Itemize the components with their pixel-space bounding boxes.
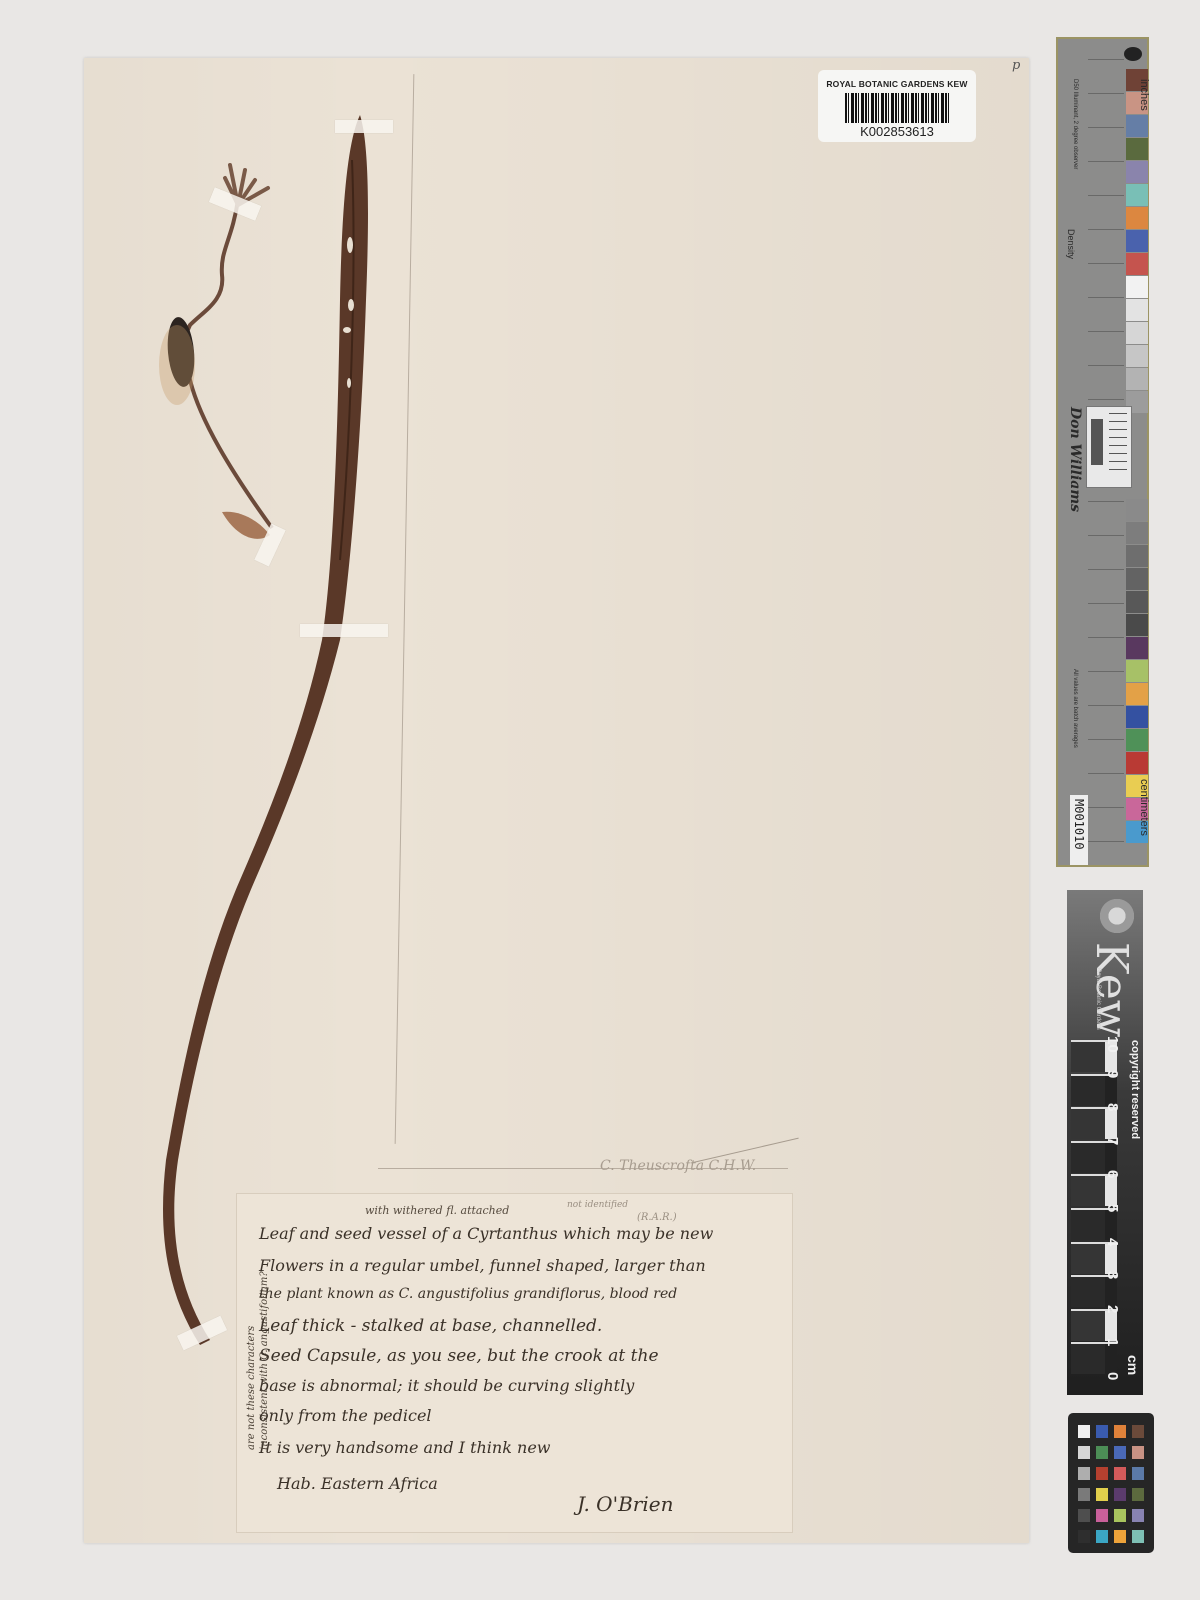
note-line: Hab. Eastern Africa [277, 1474, 438, 1493]
ruler-tick-label: 4 [1104, 1238, 1121, 1246]
note-line: Seed Capsule, as you see, but the crook … [259, 1346, 659, 1366]
ruler-mark [1105, 1344, 1117, 1374]
checker-patch [1114, 1509, 1126, 1522]
checker-patch [1132, 1425, 1144, 1438]
ruler-tick-label: 0 [1104, 1372, 1121, 1380]
checker-patch [1078, 1467, 1090, 1480]
color-swatch [1126, 207, 1148, 229]
mounting-tape [300, 624, 388, 637]
color-swatch [1126, 161, 1148, 183]
color-calibration-bar: D50 Illuminant, 2 degree observer Densit… [1056, 37, 1149, 867]
ruler-mark [1105, 1176, 1117, 1206]
ruler-tick-label: 5 [1104, 1204, 1121, 1212]
ruler-tick-label: 8 [1104, 1103, 1121, 1111]
id-tag: M001010 [1070, 795, 1088, 865]
target-ticks [1109, 413, 1127, 473]
kew-scale-bar: Kew Royal Botanic Gardens copyright rese… [1067, 890, 1143, 1395]
color-swatch [1126, 683, 1148, 705]
field-note-label: with withered fl. attached not identifie… [236, 1193, 793, 1533]
ruler-mark [1105, 1244, 1117, 1274]
color-swatch [1126, 660, 1148, 682]
checker-patch [1132, 1446, 1144, 1459]
note-line: Leaf thick - stalked at base, channelled… [259, 1316, 602, 1336]
checker-patch [1078, 1446, 1090, 1459]
color-swatch [1126, 276, 1148, 298]
checker-patch [1114, 1425, 1126, 1438]
note-line: only from the pedicel [259, 1406, 432, 1425]
color-swatch [1126, 752, 1148, 774]
brand-label: Don Williams [1067, 407, 1083, 512]
checker-patch [1132, 1488, 1144, 1501]
checker-patch [1096, 1488, 1108, 1501]
checker-patch [1096, 1509, 1108, 1522]
side-label: D50 Illuminant, 2 degree observer [1072, 79, 1078, 169]
mounting-tape [335, 120, 393, 133]
ruler-mark [1105, 1109, 1117, 1139]
copyright-text: copyright reserved [1129, 1040, 1141, 1139]
ruler-mark [1105, 1277, 1117, 1307]
checker-patch [1114, 1446, 1126, 1459]
density-label: Density [1066, 229, 1076, 259]
color-swatch [1126, 253, 1148, 275]
color-swatch [1126, 299, 1148, 321]
ruler-mark [1105, 1210, 1117, 1240]
determination-note: C. Theuscrofta C.H.W. [600, 1158, 756, 1174]
color-swatch [1126, 499, 1148, 521]
cm-unit: cm [1125, 1355, 1141, 1375]
ruler-tick-label: 6 [1104, 1170, 1121, 1178]
color-swatch [1126, 345, 1148, 367]
checker-patch [1078, 1509, 1090, 1522]
color-swatch [1126, 522, 1148, 544]
note-line: base is abnormal; it should be curving s… [259, 1376, 634, 1395]
note-line: It is very handsome and I think new [259, 1438, 550, 1457]
ruler-segment [1071, 1309, 1117, 1341]
color-checker-card [1068, 1413, 1154, 1553]
checker-patch [1096, 1467, 1108, 1480]
hole-punch [1124, 47, 1142, 61]
color-swatch [1126, 230, 1148, 252]
resolution-target [1086, 406, 1132, 488]
id-tag-text: M001010 [1072, 799, 1086, 850]
side-note-line: are not these characters [245, 1271, 258, 1450]
royal-crest-icon [1097, 896, 1137, 936]
ruler-segment [1071, 1107, 1117, 1139]
checker-patch [1096, 1530, 1108, 1543]
note-line: the plant known as C. angustifolius gran… [259, 1286, 677, 1302]
color-swatch [1126, 568, 1148, 590]
checker-patch [1114, 1530, 1126, 1543]
checker-patch [1096, 1425, 1108, 1438]
checker-patch [1078, 1488, 1090, 1501]
checker-patch [1078, 1530, 1090, 1543]
target-block [1091, 419, 1103, 465]
note-annotation-initials: (R.A.R.) [637, 1212, 677, 1223]
checker-patch [1114, 1467, 1126, 1480]
ruler-mark [1105, 1143, 1117, 1173]
color-swatch [1126, 591, 1148, 613]
ruler-mark [1105, 1311, 1117, 1341]
centimeters-label: centimeters [1138, 779, 1150, 836]
color-swatch [1126, 184, 1148, 206]
ruler-segment [1071, 1242, 1117, 1274]
color-swatch [1126, 637, 1148, 659]
checker-patch [1096, 1446, 1108, 1459]
side-note: are not these characters inconsistent wi… [245, 1271, 271, 1450]
ruler-segment [1071, 1342, 1117, 1374]
color-swatch [1126, 545, 1148, 567]
note-line: Flowers in a regular umbel, funnel shape… [259, 1256, 706, 1275]
side-note-line: inconsistent with C. angustifolium? [258, 1271, 271, 1450]
ruler-segment [1071, 1074, 1117, 1106]
ruler-tick-label: 9 [1104, 1070, 1121, 1078]
lower-label: All values are batch averages [1072, 669, 1078, 748]
ruler-segment [1071, 1174, 1117, 1206]
color-swatch [1126, 115, 1148, 137]
ruler-tick-label: 7 [1104, 1137, 1121, 1145]
note-annotation-pencil: not identified [567, 1200, 628, 1210]
checker-patch [1132, 1467, 1144, 1480]
ruler-tick-label: 3 [1104, 1271, 1121, 1279]
kew-logo: Kew [1086, 942, 1137, 1037]
ruler-tick-label: 1 [1104, 1338, 1121, 1346]
ruler-segment [1071, 1208, 1117, 1240]
kew-subtitle: Royal Botanic Gardens [1095, 968, 1101, 1030]
note-signature: J. O'Brien [577, 1492, 673, 1516]
checker-patch [1132, 1509, 1144, 1522]
color-swatch [1126, 368, 1148, 390]
ruler-segment [1071, 1275, 1117, 1307]
ruler-mark [1105, 1076, 1117, 1106]
note-line: Leaf and seed vessel of a Cyrtanthus whi… [259, 1224, 713, 1243]
note-annotation-top: with withered fl. attached [365, 1204, 509, 1217]
ruler-segment [1071, 1141, 1117, 1173]
color-swatch [1126, 729, 1148, 751]
ruler-tick-label: 10 [1104, 1036, 1121, 1053]
color-swatch [1126, 706, 1148, 728]
color-swatch [1126, 322, 1148, 344]
inches-label: inches [1138, 79, 1150, 111]
checker-patch [1078, 1425, 1090, 1438]
ruler-tick-label: 2 [1104, 1305, 1121, 1313]
checker-patch [1114, 1488, 1126, 1501]
color-swatch [1126, 138, 1148, 160]
color-swatch [1126, 614, 1148, 636]
checker-patch [1132, 1530, 1144, 1543]
